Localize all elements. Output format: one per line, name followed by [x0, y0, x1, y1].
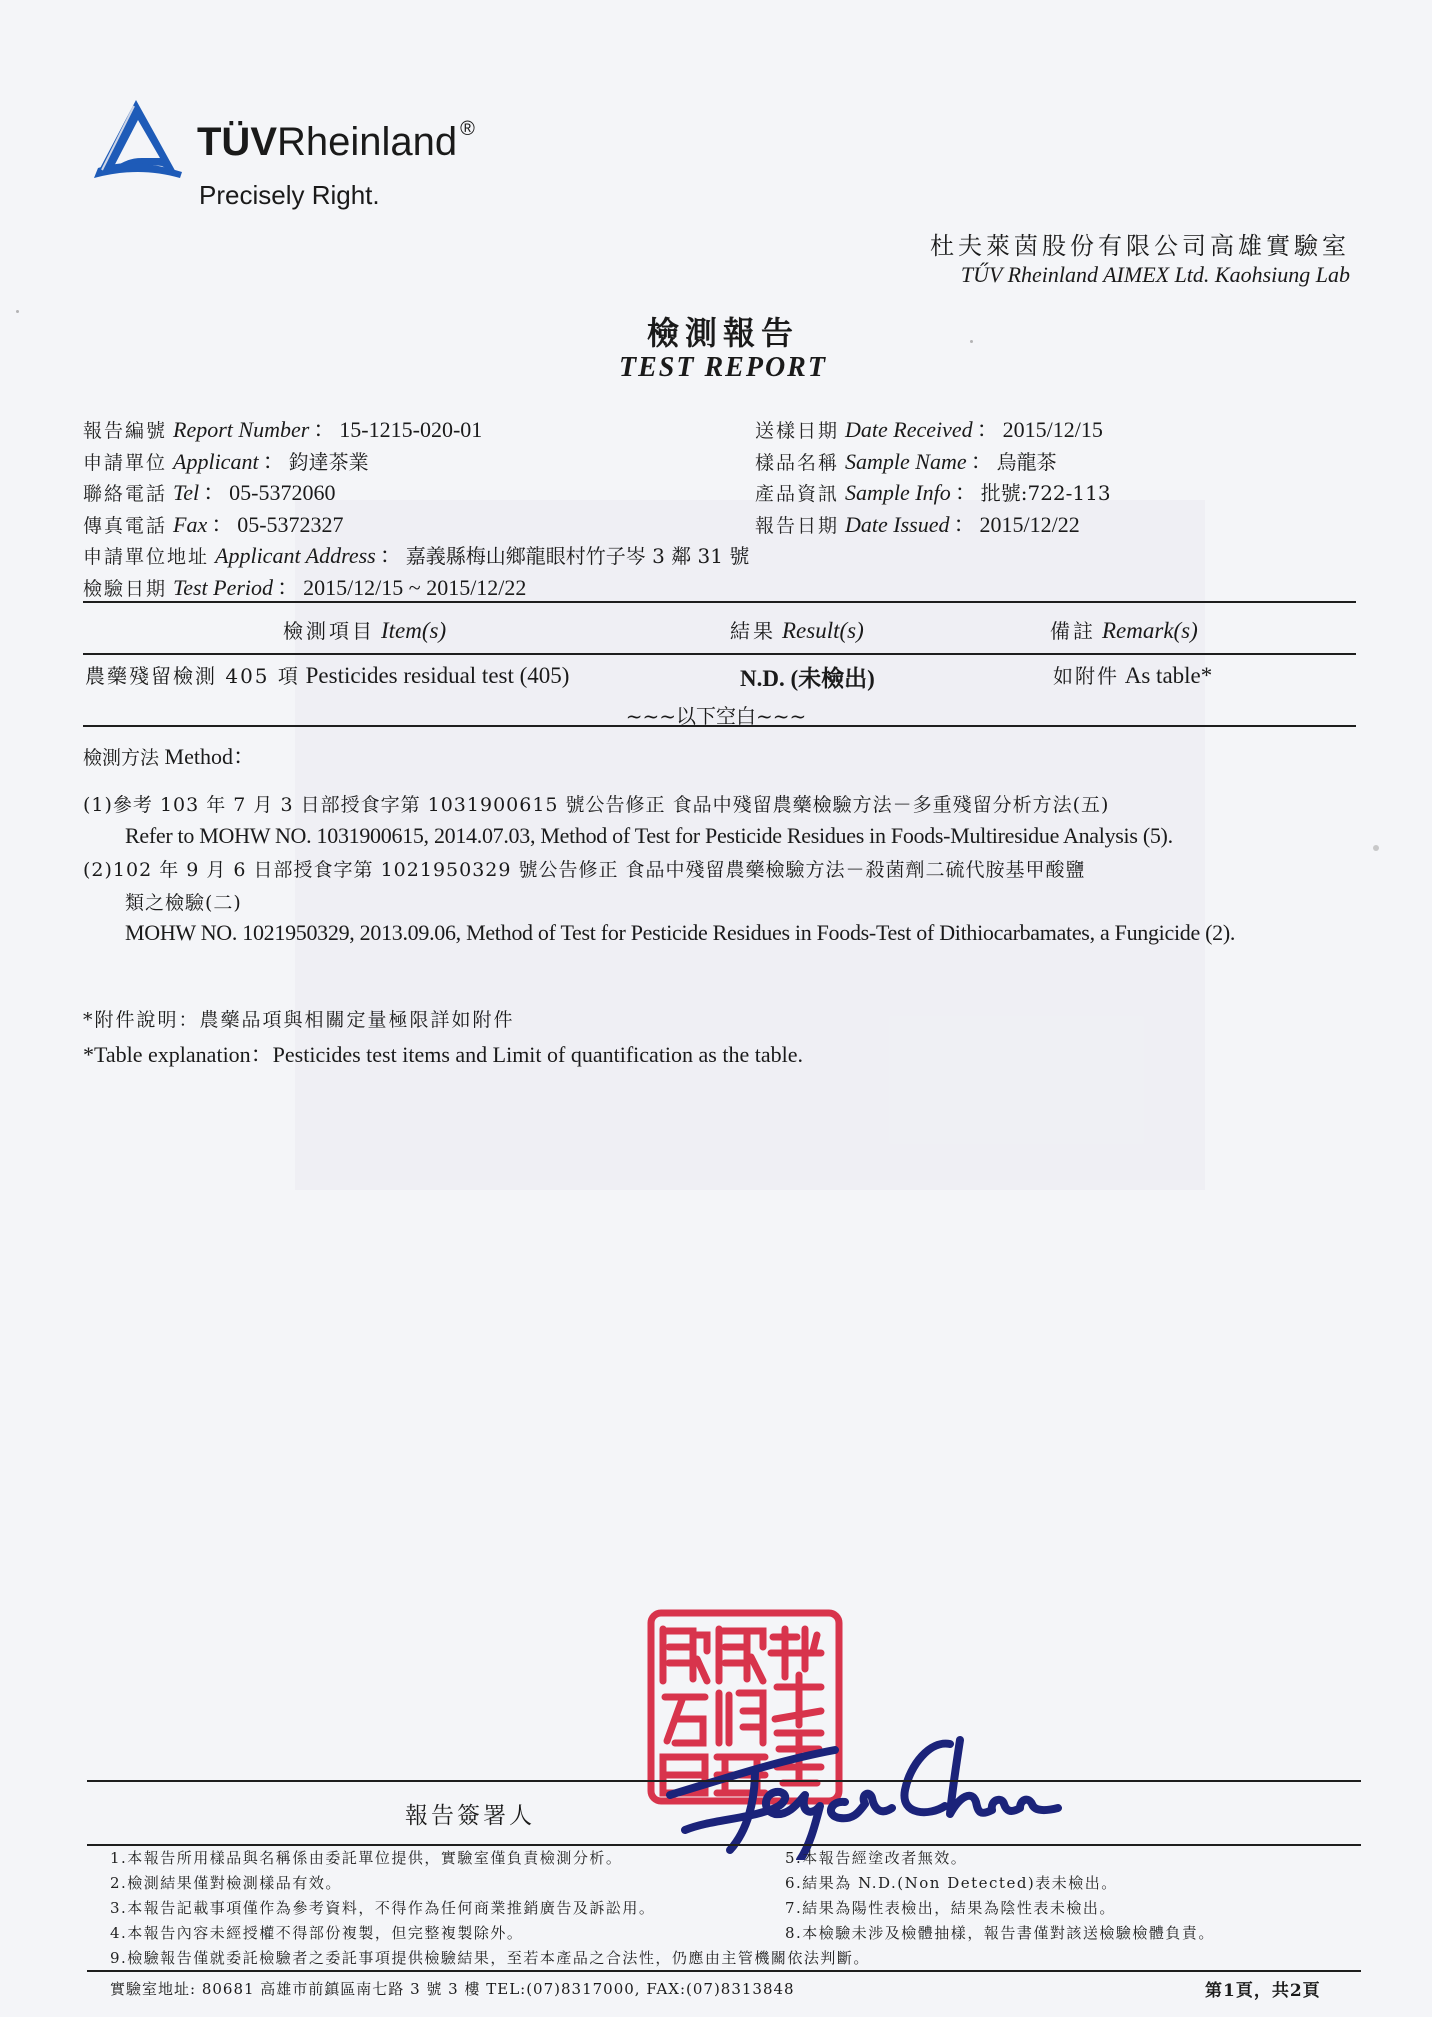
field-label-en: Report Number [173, 417, 309, 442]
info-field: 申請單位Applicant：鈞達茶業 [83, 447, 369, 478]
table-note-en: *Table explanation：Pesticides test items… [83, 1038, 803, 1069]
field-value: 鈞達茶業 [289, 450, 369, 474]
divider-table-end [83, 725, 1356, 727]
field-value: 2015/12/15 ~ 2015/12/22 [303, 575, 526, 600]
field-value: 15-1215-020-01 [339, 417, 482, 442]
field-label-en: Applicant Address [215, 543, 376, 568]
field-label-zh: 聯絡電話 [83, 483, 167, 505]
field-value: 05-5372060 [229, 480, 335, 505]
field-separator: ： [203, 480, 225, 505]
tuv-triangle-logo-icon [92, 98, 184, 180]
field-separator: ： [954, 512, 976, 537]
footer-note: 5.本報告經塗改者無效。 [785, 1847, 967, 1868]
signature-joyce-chen [660, 1710, 1080, 1860]
field-label-en: Date Received [845, 417, 973, 442]
field-separator: ： [380, 543, 402, 568]
brand-name: TÜVRheinland® [197, 118, 475, 165]
field-label-zh: 樣品名稱 [755, 452, 839, 474]
brand-prefix: TÜV [197, 120, 277, 164]
field-label-zh: 傳真電話 [83, 515, 167, 537]
method-1-zh: (1)參考 103 年 7 月 3 日部授食字第 1031900615 號公告修… [83, 790, 1109, 817]
footer-note-9: 9.檢驗報告僅就委託檢驗者之委託事項提供檢驗結果，至若本產品之合法性，仍應由主管… [110, 1947, 870, 1968]
table-note-zh: *附件說明：農藥品項與相關定量極限詳如附件 [83, 1005, 515, 1032]
field-separator: ： [263, 449, 285, 474]
divider-top [83, 601, 1356, 603]
lab-name-en: TŰV Rheinland AIMEX Ltd. Kaohsiung Lab [961, 262, 1350, 288]
divider-header [83, 653, 1356, 655]
footer-note: 3.本報告記載事項僅作為參考資料，不得作為任何商業推銷廣告及訴訟用。 [110, 1897, 655, 1918]
field-label-zh: 檢驗日期 [83, 578, 167, 600]
report-title-zh: 檢測報告 [0, 308, 1432, 354]
footer-note: 8.本檢驗未涉及檢體抽樣，報告書僅對該送檢驗檢體負責。 [785, 1922, 1215, 1943]
field-separator: ： [277, 575, 299, 600]
field-label-en: Applicant [173, 449, 259, 474]
field-value: 2015/12/15 [1003, 417, 1103, 442]
footer-note: 2.檢測結果僅對檢測樣品有效。 [110, 1872, 342, 1893]
footer-note: 7.結果為陽性表檢出，結果為陰性表未檢出。 [785, 1897, 1116, 1918]
field-label-en: Sample Name [845, 449, 967, 474]
column-header-remark: 備註Remark(s) [1050, 615, 1198, 644]
report-signer-label: 報告簽署人 [405, 1797, 535, 1830]
table-row-remark: 如附件 As table* [1053, 660, 1212, 689]
table-row-item: 農藥殘留檢測 405 項 Pesticides residual test (4… [85, 660, 569, 689]
field-value: 批號:722-113 [981, 481, 1111, 505]
info-field: 報告編號Report Number：15-1215-020-01 [83, 415, 482, 446]
info-field: 申請單位地址Applicant Address：嘉義縣梅山鄉龍眼村竹子岑 3 鄰… [83, 541, 749, 572]
field-label-zh: 申請單位 [83, 452, 167, 474]
field-value: 05-5372327 [237, 512, 343, 537]
brand-suffix: Rheinland [277, 120, 457, 164]
table-row-result: N.D. (未檢出) [740, 660, 875, 693]
method-2-en: MOHW NO. 1021950329, 2013.09.06, Method … [125, 920, 1235, 946]
footer-note: 1.本報告所用樣品與名稱係由委託單位提供，實驗室僅負責檢測分析。 [110, 1847, 622, 1868]
divider-signature-top [87, 1780, 1361, 1782]
field-label-en: Fax [173, 512, 207, 537]
column-header-result: 結果Result(s) [730, 615, 864, 644]
field-separator: ： [971, 449, 993, 474]
field-label-en: Sample Info [845, 480, 951, 505]
info-field: 傳真電話Fax：05-5372327 [83, 510, 344, 541]
column-header-item: 檢測項目Item(s) [283, 615, 446, 644]
method-title: 檢測方法 Method： [83, 740, 255, 771]
scan-speck [970, 340, 973, 343]
info-field: 檢驗日期Test Period：2015/12/15 ~ 2015/12/22 [83, 573, 526, 604]
method-1-en: Refer to MOHW NO. 1031900615, 2014.07.03… [125, 823, 1173, 849]
field-label-zh: 報告編號 [83, 420, 167, 442]
lab-name-zh: 杜夫萊茵股份有限公司高雄實驗室 [930, 226, 1350, 261]
field-label-en: Tel [173, 480, 199, 505]
scan-speck [1373, 845, 1379, 851]
report-title-en: TEST REPORT [0, 352, 1432, 384]
brand-tagline: Precisely Right. [199, 180, 380, 211]
footer-note: 4.本報告內容未經授權不得部份複製，但完整複製除外。 [110, 1922, 523, 1943]
scan-speck [16, 310, 19, 313]
footer-note: 6.結果為 N.D.(Non Detected)表未檢出。 [785, 1872, 1118, 1893]
field-label-zh: 申請單位地址 [83, 546, 209, 568]
info-field: 聯絡電話Tel：05-5372060 [83, 478, 335, 509]
info-field: 樣品名稱Sample Name：烏龍茶 [755, 447, 1057, 478]
registered-mark: ® [460, 118, 475, 140]
field-value: 嘉義縣梅山鄉龍眼村竹子岑 3 鄰 31 號 [406, 544, 750, 568]
lab-address: 實驗室地址: 80681 高雄市前鎮區南七路 3 號 3 樓 TEL:(07)8… [110, 1978, 795, 1999]
info-field: 報告日期Date Issued：2015/12/22 [755, 510, 1080, 541]
method-2-zh: (2)102 年 9 月 6 日部授食字第 1021950329 號公告修正 食… [83, 855, 1086, 882]
field-label-zh: 產品資訊 [755, 483, 839, 505]
field-value: 2015/12/22 [980, 512, 1080, 537]
field-label-zh: 報告日期 [755, 515, 839, 537]
divider-signature-bottom [87, 1844, 1361, 1846]
divider-footer [87, 1970, 1361, 1972]
info-field: 送樣日期Date Received：2015/12/15 [755, 415, 1103, 446]
info-field: 產品資訊Sample Info：批號:722-113 [755, 478, 1111, 509]
field-separator: ： [211, 512, 233, 537]
page-indicator: 第1頁，共2頁 [1205, 1976, 1321, 2001]
field-value: 烏龍茶 [997, 450, 1057, 474]
field-label-zh: 送樣日期 [755, 420, 839, 442]
field-separator: ： [977, 417, 999, 442]
method-2-zh-cont: 類之檢驗(二) [125, 888, 242, 915]
field-separator: ： [955, 480, 977, 505]
field-separator: ： [313, 417, 335, 442]
field-label-en: Test Period [173, 575, 273, 600]
field-label-en: Date Issued [845, 512, 949, 537]
